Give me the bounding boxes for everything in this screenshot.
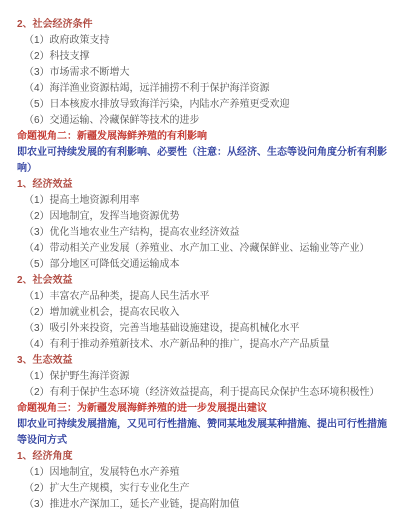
list-item: （2）增加就业机会，提高农民收入 [24,305,392,321]
list-item: （3）市场需求不断增大 [24,65,392,81]
list-item: （1）保护野生海洋资源 [24,369,392,385]
list-item: （4）海洋渔业资源枯竭，远洋捕捞不利于保护海洋资源 [24,81,392,97]
list-item: （1）提高土地资源利用率 [24,193,392,209]
list-item: （3）推进水产深加工，延长产业链，提高附加值 [24,497,392,510]
section-heading-economic-benefit: 1、经济效益 [17,177,392,193]
topic-heading-perspective-3: 命题视角三：为新疆发展海鲜养殖的进一步发展提出建议 [17,401,392,417]
section-heading-socioeconomic: 2、社会经济条件 [17,17,392,33]
list-item: （3）优化当地农业生产结构，提高农业经济效益 [24,225,392,241]
list-item: （2）扩大生产规模，实行专业化生产 [24,481,392,497]
list-item: （2）因地制宜，发挥当地资源优势 [24,209,392,225]
list-item: （2）科技支撑 [24,49,392,65]
note-paragraph: 即农业可持续发展的有利影响、必要性（注意：从经济、生态等设问角度分析有利影响） [17,145,392,177]
list-item: （1）政府政策支持 [24,33,392,49]
section-heading-economic-angle: 1、经济角度 [17,449,392,465]
note-paragraph: 即农业可持续发展措施，又见可行性措施、赞同某地发展某种措施、提出可行性措施等设问… [17,417,392,449]
list-item: （5）日本核废水排放导致海洋污染，内陆水产养殖更受欢迎 [24,97,392,113]
list-item: （6）交通运输、冷藏保鲜等技术的进步 [24,113,392,129]
list-item: （2）有利于保护生态环境（经济效益提高，利于提高民众保护生态环境积极性） [24,385,392,401]
list-item: （4）有利于推动养殖新技术、水产新品种的推广，提高水产产品质量 [24,337,392,353]
notes-document: 2、社会经济条件 （1）政府政策支持 （2）科技支撑 （3）市场需求不断增大 （… [0,0,400,510]
topic-heading-perspective-2: 命题视角二：新疆发展海鲜养殖的有利影响 [17,129,392,145]
section-heading-ecological-benefit: 3、生态效益 [17,353,392,369]
section-heading-social-benefit: 2、社会效益 [17,273,392,289]
list-item: （3）吸引外来投资，完善当地基础设施建设，提高机械化水平 [24,321,392,337]
list-item: （1）因地制宜，发展特色水产养殖 [24,465,392,481]
list-item: （5）部分地区可降低交通运输成本 [24,257,392,273]
list-item: （4）带动相关产业发展（养殖业、水产加工业、冷藏保鲜业、运输业等产业） [24,241,392,257]
list-item: （1）丰富农产品种类，提高人民生活水平 [24,289,392,305]
